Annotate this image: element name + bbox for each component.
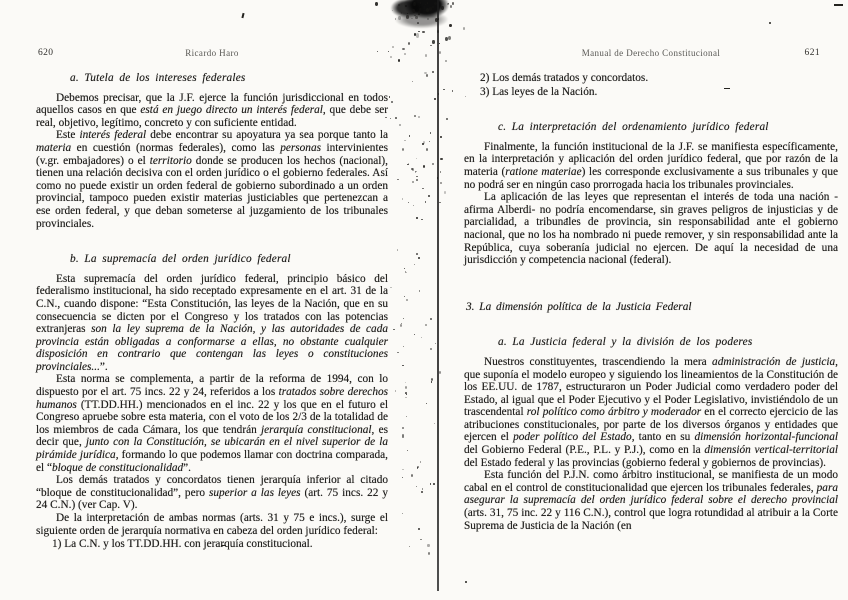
noise-speck: [422, 488, 423, 489]
noise-speck: [416, 486, 417, 487]
noise-speck: [439, 43, 440, 44]
stray-dot: [566, 218, 568, 220]
noise-speck: [414, 15, 416, 17]
noise-speck: [418, 13, 421, 15]
noise-speck: [390, 118, 391, 120]
noise-speck: [430, 348, 432, 350]
noise-speck: [418, 11, 420, 13]
noise-speck: [421, 491, 423, 494]
noise-speck: [398, 59, 400, 62]
noise-speck: [411, 168, 413, 170]
noise-speck: [416, 253, 418, 255]
noise-speck: [430, 132, 431, 134]
noise-speck: [429, 7, 432, 11]
noise-speck: [430, 7, 433, 9]
noise-speck: [411, 18, 413, 20]
noise-speck: [422, 143, 424, 145]
noise-speck: [408, 202, 409, 203]
noise-speck: [405, 397, 407, 399]
noise-speck: [412, 168, 414, 171]
noise-speck: [405, 392, 407, 394]
noise-speck: [441, 6, 444, 9]
noise-speck: [417, 467, 418, 469]
noise-speck: [416, 33, 419, 37]
noise-speck: [420, 461, 422, 463]
list-item: 1) La C.N. y los TT.DD.HH. con jerarquía…: [36, 538, 388, 551]
noise-speck: [427, 544, 429, 547]
noise-speck: [437, 30, 439, 33]
noise-speck: [452, 2, 455, 5]
section-heading: 3. La dimensión política de la Justicia …: [466, 301, 838, 314]
paragraph: Esta norma se complementa, a partir de l…: [36, 373, 388, 474]
right-page-header: Manual de Derecho Constitucional 621: [464, 48, 838, 62]
right-page-body: 2) Los demás tratados y concordatos.3) L…: [464, 72, 838, 532]
noise-speck: [416, 158, 417, 159]
noise-speck: [418, 257, 420, 260]
noise-speck: [406, 15, 409, 18]
left-page-body: a. Tutela de los intereses federalesDebe…: [36, 72, 388, 551]
noise-speck: [428, 195, 430, 198]
gutter-spine-line: [437, 0, 439, 591]
noise-speck: [406, 299, 408, 301]
noise-speck: [421, 219, 423, 221]
stray-dash: [834, 4, 843, 6]
section-heading: a. La Justicia federal y la división de …: [498, 336, 838, 349]
noise-speck: [390, 287, 392, 289]
noise-speck: [422, 31, 424, 34]
noise-speck: [432, 40, 435, 43]
noise-speck: [407, 13, 408, 14]
noise-speck: [391, 101, 393, 103]
noise-speck: [403, 318, 404, 319]
paragraph: Esta supremacía del orden jurídico feder…: [36, 273, 388, 374]
noise-speck: [398, 4, 401, 6]
noise-speck: [444, 191, 446, 193]
noise-speck: [439, 51, 441, 54]
noise-speck: [434, 2, 437, 5]
noise-speck: [463, 27, 465, 30]
noise-speck: [425, 4, 426, 5]
noise-speck: [448, 3, 449, 4]
noise-speck: [404, 268, 405, 270]
noise-speck: [402, 469, 404, 471]
noise-speck: [435, 18, 438, 22]
section-heading: c. La interpretación del ordenamiento ju…: [498, 121, 838, 134]
noise-speck: [434, 423, 435, 424]
noise-speck: [413, 2, 416, 6]
noise-speck: [402, 48, 405, 50]
noise-speck: [450, 5, 453, 9]
noise-speck: [426, 8, 429, 12]
noise-speck: [418, 31, 420, 33]
noise-speck: [397, 179, 399, 180]
noise-speck: [434, 98, 436, 99]
paragraph: Nuestros constituyentes, trascendiendo l…: [464, 356, 838, 469]
noise-speck: [413, 11, 415, 13]
noise-speck: [443, 89, 445, 91]
noise-speck: [404, 140, 406, 142]
noise-speck: [418, 116, 420, 118]
noise-speck: [429, 141, 430, 142]
noise-speck: [416, 179, 418, 181]
noise-speck: [402, 198, 404, 200]
noise-speck: [448, 36, 451, 40]
noise-speck: [422, 188, 424, 190]
noise-speck: [405, 5, 407, 7]
noise-speck: [390, 56, 392, 58]
paragraph: Finalmente, la función institucional de …: [464, 141, 838, 191]
noise-speck: [414, 264, 415, 265]
noise-speck: [405, 271, 406, 273]
list-item: 3) Las leyes de la Nación.: [464, 86, 838, 99]
noise-speck: [414, 2, 415, 3]
noise-speck: [438, 93, 440, 95]
noise-speck: [402, 365, 404, 366]
noise-speck: [402, 513, 403, 514]
noise-speck: [405, 382, 406, 383]
noise-speck: [447, 3, 449, 5]
noise-speck: [435, 343, 436, 344]
noise-speck: [439, 371, 441, 373]
noise-speck: [393, 329, 395, 330]
noise-speck: [427, 18, 429, 20]
noise-speck: [445, 60, 447, 62]
noise-speck: [426, 403, 427, 404]
stray-dot: [465, 581, 467, 583]
paragraph: Debemos precisar, que la J.F. ejerce la …: [36, 92, 388, 130]
noise-speck: [423, 165, 425, 168]
noise-speck: [440, 136, 442, 138]
noise-speck: [398, 16, 401, 20]
paragraph: Esta función del P.J.N. como árbitro ins…: [464, 469, 838, 532]
noise-speck: [417, 22, 420, 24]
book-scan: 620 Ricardo Haro a. Tutela de los intere…: [0, 0, 848, 600]
noise-speck: [449, 24, 452, 27]
list-item: 2) Los demás tratados y concordatos.: [464, 72, 838, 85]
noise-speck: [375, 2, 378, 6]
paragraph: La aplicación de las leyes que represent…: [464, 191, 838, 267]
noise-speck: [409, 546, 410, 547]
noise-speck: [433, 483, 435, 485]
noise-speck: [389, 96, 391, 98]
noise-speck: [415, 171, 417, 173]
paragraph: De la interpretación de ambas normas (ar…: [36, 512, 388, 537]
noise-speck: [406, 416, 407, 417]
noise-speck: [409, 135, 411, 137]
noise-speck: [395, 117, 397, 119]
noise-speck: [403, 346, 405, 347]
noise-speck: [431, 381, 433, 383]
left-page-header: 620 Ricardo Haro: [36, 48, 388, 62]
noise-speck: [401, 12, 402, 14]
noise-speck: [414, 115, 416, 117]
noise-speck: [440, 171, 442, 173]
noise-speck: [406, 272, 407, 273]
right-page: Manual de Derecho Constitucional 621 2) …: [464, 48, 838, 532]
right-running-header: Manual de Derecho Constitucional: [464, 48, 838, 58]
noise-speck: [404, 296, 405, 297]
noise-speck: [397, 249, 398, 251]
noise-speck: [416, 176, 418, 178]
paragraph: Este interés federal debe encontrar su a…: [36, 129, 388, 230]
right-page-number: 621: [805, 48, 820, 58]
noise-speck: [421, 337, 422, 338]
noise-speck: [419, 290, 420, 292]
noise-speck: [402, 434, 404, 437]
noise-speck: [432, 6, 434, 8]
noise-speck: [425, 324, 426, 326]
noise-speck: [407, 164, 409, 166]
noise-speck: [402, 427, 404, 430]
noise-speck: [414, 334, 415, 335]
noise-speck: [404, 53, 407, 55]
noise-speck: [395, 18, 397, 20]
section-heading: a. Tutela de los intereses federales: [70, 72, 388, 85]
noise-speck: [440, 158, 442, 160]
stray-dash: [221, 545, 226, 546]
noise-speck: [416, 217, 418, 219]
noise-speck: [395, 390, 396, 392]
noise-speck: [414, 33, 417, 36]
stray-dot: [769, 22, 771, 24]
noise-speck: [425, 54, 427, 57]
noise-speck: [446, 118, 448, 120]
noise-speck: [408, 42, 411, 45]
noise-speck: [388, 51, 389, 52]
noise-speck: [430, 318, 432, 320]
noise-speck: [407, 450, 408, 451]
left-page: 620 Ricardo Haro a. Tutela de los intere…: [36, 48, 388, 552]
noise-speck: [399, 124, 401, 127]
noise-speck: [408, 163, 410, 164]
noise-speck: [397, 352, 399, 354]
noise-speck: [431, 378, 433, 381]
paragraph: Los demás tratados y concordatos tienen …: [36, 474, 388, 512]
noise-speck: [419, 8, 422, 10]
noise-speck: [426, 74, 429, 77]
left-running-header: Ricardo Haro: [36, 48, 388, 58]
stray-tick: [241, 13, 244, 18]
noise-speck: [413, 205, 415, 207]
noise-speck: [415, 171, 417, 172]
noise-speck: [406, 394, 407, 395]
noise-speck: [423, 141, 425, 144]
noise-speck: [400, 324, 402, 327]
noise-speck: [420, 539, 422, 540]
noise-speck: [420, 2, 422, 4]
stray-dash: [724, 88, 730, 89]
noise-speck: [412, 181, 414, 184]
noise-speck: [418, 528, 420, 531]
noise-speck: [392, 46, 395, 49]
noise-speck: [427, 2, 429, 4]
noise-speck: [445, 37, 448, 42]
noise-speck: [412, 9, 414, 12]
noise-speck: [402, 477, 403, 478]
noise-speck: [412, 81, 413, 82]
noise-speck: [440, 182, 442, 185]
noise-speck: [425, 201, 426, 202]
noise-speck: [415, 16, 418, 19]
noise-speck: [428, 552, 430, 555]
noise-speck: [411, 474, 413, 477]
noise-speck: [439, 202, 441, 203]
section-heading: b. La supremacía del orden jurídico fede…: [70, 253, 388, 266]
noise-speck: [452, 90, 453, 91]
noise-speck: [432, 71, 434, 73]
noise-speck: [432, 163, 434, 166]
noise-speck: [424, 72, 427, 74]
noise-speck: [437, 177, 439, 179]
noise-speck: [430, 483, 431, 485]
noise-speck: [405, 386, 407, 389]
noise-speck: [430, 45, 432, 46]
noise-speck: [419, 9, 421, 12]
noise-speck: [426, 148, 428, 151]
noise-speck: [417, 466, 419, 468]
noise-speck: [438, 18, 440, 20]
scan-ink-blot: [383, 0, 453, 38]
noise-speck: [401, 323, 402, 324]
noise-speck: [402, 148, 404, 151]
noise-speck: [392, 10, 393, 11]
